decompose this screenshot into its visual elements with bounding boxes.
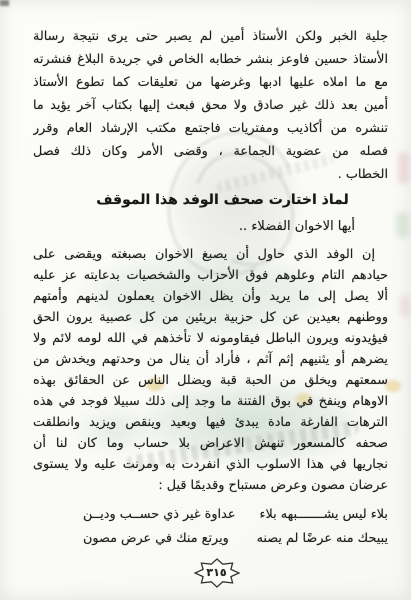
verse-line-1: بلاء ليس يشـــــــبهه بلاء عداوة غير ذي … xyxy=(83,503,388,527)
text-line: حيادهم التام وعلوهم فوق الأحزاب والشخصيا… xyxy=(33,265,388,286)
section-heading: لماذ اختارت صحف الوفد هذا الموقف xyxy=(45,190,400,211)
text-line: فصله من عضوية الجماعة ، وقضى الأمر وكان … xyxy=(33,140,388,163)
verse-block: بلاء ليس يشـــــــبهه بلاء عداوة غير ذي … xyxy=(83,503,388,551)
page-number: ٣١٥ xyxy=(194,558,240,588)
text-line: مع ما املاه عليها ادبها وغرضها من تعليقا… xyxy=(33,71,388,94)
text-line: إن الوفد الذي حاول أن يصبغ الاخوان بصبغت… xyxy=(33,244,388,265)
hemistich-left: عداوة غير ذي حســب وديــن xyxy=(83,503,235,527)
text-line: ووطنهم بعيدين عن كل حزبية بريئين من كل ع… xyxy=(33,307,388,328)
text-line: ألا يصل إلى ما يريد وأن يظل الاخوان يعمل… xyxy=(33,286,388,307)
text-line: جلية الخبر ولكن الأستاذ أمين لم يصبر حتى… xyxy=(33,25,388,48)
text-line: الأستاذ حسين فاوعز بنشر خطابه الخاص في ج… xyxy=(33,48,388,71)
hemistich-right: بلاء ليس يشـــــــبهه بلاء xyxy=(259,503,388,527)
hemistich-right: يبيحك منه عرضًا لم يصنه xyxy=(257,527,388,551)
text-line: صحفه كالمسعور تنهش الاعراض بلا حساب وما … xyxy=(33,433,388,454)
text-line: عرضان مصون وعرض مستباح وقديمًا قيل : xyxy=(33,475,388,496)
paragraph-1: جلية الخبر ولكن الأستاذ أمين لم يصبر حتى… xyxy=(33,25,388,186)
text-line: أمين بعد ذلك غير صادق ولا محق فبعث إليها… xyxy=(33,94,388,117)
text-line: نجاريها في هذا الاسلوب الذي انفردت به وم… xyxy=(33,454,388,475)
text-line: يضرهم أو يثنيهم إثم آثم ، فأراد أن ينال … xyxy=(33,349,388,370)
paragraph-2: إن الوفد الذي حاول أن يصبغ الاخوان بصبغت… xyxy=(33,244,388,496)
text-line: الترهات الفارغة مادة يبدئ فيها وبعيد وين… xyxy=(33,412,388,433)
salutation-line: أيها الاخوان الفضلاء .. xyxy=(33,215,355,238)
text-line: سمعتهم ويخلق من الحبة قبة ويضلل الناس عن… xyxy=(33,370,388,391)
text-line: الخطاب . xyxy=(33,163,388,186)
scanned-book-page: جلية الخبر ولكن الأستاذ أمين لم يصبر حتى… xyxy=(0,0,411,600)
verse-line-2: يبيحك منه عرضًا لم يصنه ويرتع منك في عرض… xyxy=(83,527,388,551)
hemistich-left: ويرتع منك في عرض مصون xyxy=(83,527,229,551)
text-line: فيؤيدونه ويرون الباطل فيقاومونه لا تأخذه… xyxy=(33,328,388,349)
page-number-ornament: ٣١٥ xyxy=(194,558,240,588)
text-line: الاوهام وينفخ في بوق الفتنة ما وجد إلى ذ… xyxy=(33,391,388,412)
page-text-block: جلية الخبر ولكن الأستاذ أمين لم يصبر حتى… xyxy=(0,0,411,600)
text-line: تنشره من أكاذيب ومفتريات فاجتمع مكتب الإ… xyxy=(33,117,388,140)
